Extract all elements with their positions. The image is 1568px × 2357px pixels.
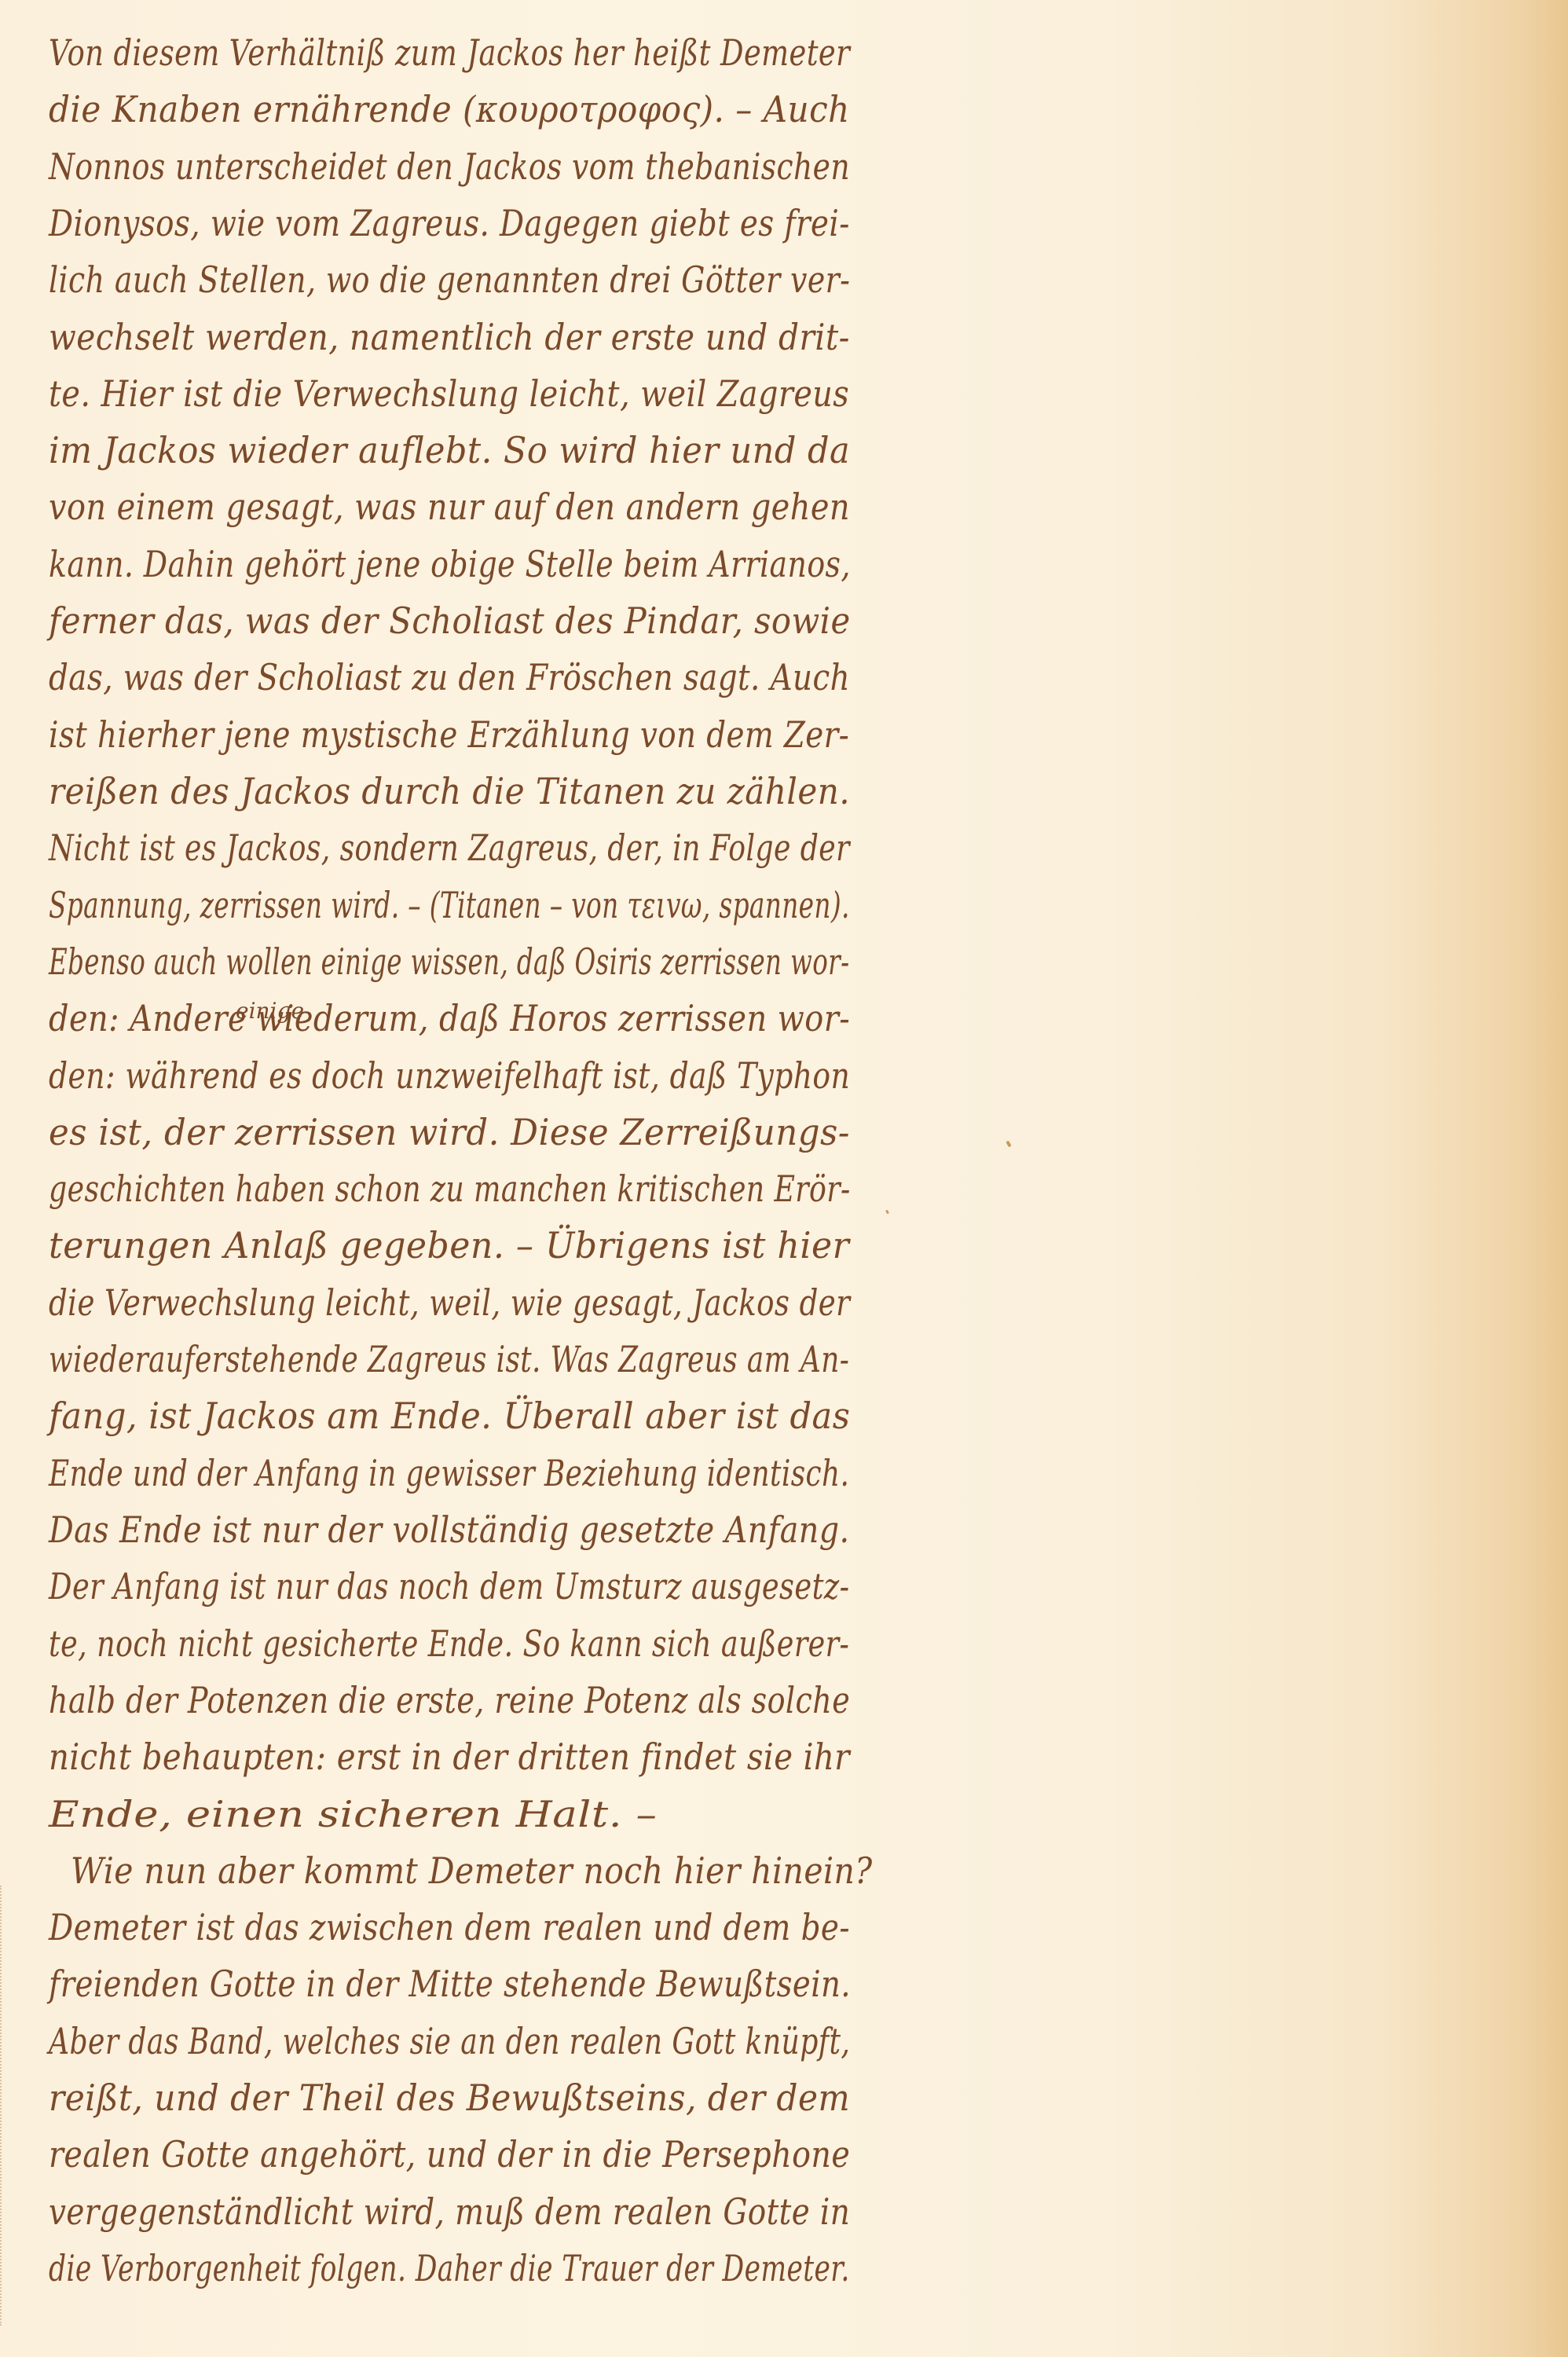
interlinear-insertion: einige [236,998,304,1024]
paper-speck [885,1210,889,1215]
manuscript-line: vergegenständlicht wird, muß dem realen … [49,2190,850,2233]
manuscript-line: Nicht ist es Jackos, sondern Zagreus, de… [49,827,850,869]
manuscript-line: Nonnos unterscheidet den Jackos vom theb… [49,145,850,188]
manuscript-line: geschichten haben schon zu manchen kriti… [49,1168,851,1210]
manuscript-line: Wie nun aber kommt Demeter noch hier hin… [71,1849,873,1892]
manuscript-line: wiederauferstehende Zagreus ist. Was Zag… [49,1338,849,1380]
manuscript-line: den: während es doch unzweifelhaft ist, … [49,1054,850,1097]
manuscript-line: realen Gotte angehört, und der in die Pe… [49,2133,850,2176]
manuscript-line: Das Ende ist nur der vollständig gesetzt… [49,1508,850,1551]
manuscript-line: die Knaben ernährende (κουροτροφος). – A… [49,88,850,130]
adjacent-page-edge [0,1886,9,2326]
manuscript-line: die Verwechslung leicht, weil, wie gesag… [49,1281,850,1324]
manuscript-line: Aber das Band, welches sie an den realen… [49,2020,850,2062]
manuscript-line: von einem gesagt, was nur auf den andern… [49,486,850,528]
manuscript-line: Der Anfang ist nur das noch dem Umsturz … [49,1565,849,1607]
manuscript-line: Von diesem Verhältniß zum Jackos her hei… [49,31,850,74]
manuscript-line: den: Andere wiederum, daß Horos zerrisse… [49,997,850,1039]
manuscript-line: reißt, und der Theil des Bewußtseins, de… [49,2077,850,2119]
manuscript-line: Ende und der Anfang in gewisser Beziehun… [49,1452,849,1494]
manuscript-line: reißen des Jackos durch die Titanen zu z… [49,770,850,812]
manuscript-line: ferner das, was der Scholiast des Pindar… [49,599,851,642]
manuscript-line: Ende, einen sicheren Halt. – [49,1793,658,1835]
manuscript-line: ist hierher jene mystische Erzählung von… [49,713,849,756]
manuscript-line: halb der Potenzen die erste, reine Poten… [49,1679,850,1721]
manuscript-line: te, noch nicht gesicherte Ende. So kann … [49,1622,849,1665]
manuscript-line: Demeter ist das zwischen dem realen und … [49,1906,850,1948]
manuscript-line: das, was der Scholiast zu den Fröschen s… [49,656,850,698]
manuscript-line: die Verborgenheit folgen. Daher die Trau… [49,2247,850,2289]
manuscript-line: nicht behaupten: erst in der dritten fin… [49,1736,850,1778]
manuscript-line: fang, ist Jackos am Ende. Überall aber i… [49,1395,850,1437]
manuscript-line: freienden Gotte in der Mitte stehende Be… [49,1963,851,2005]
manuscript-line: wechselt werden, namentlich der erste un… [49,316,850,358]
manuscript-line: Spannung, zerrissen wird. – (Titanen – v… [49,884,850,926]
manuscript-line: Ebenso auch wollen einige wissen, daß Os… [49,940,849,983]
manuscript-line: kann. Dahin gehört jene obige Stelle bei… [49,543,851,585]
manuscript-line: te. Hier ist die Verwechslung leicht, we… [49,372,849,415]
manuscript-line: lich auch Stellen, wo die genannten drei… [49,258,850,301]
manuscript-line: Dionysos, wie vom Zagreus. Dagegen giebt… [49,202,850,244]
manuscript-page: Von diesem Verhältniß zum Jackos her hei… [0,0,1568,2357]
manuscript-line: es ist, der zerrissen wird. Diese Zerrei… [49,1111,850,1153]
paper-speck [1006,1141,1011,1148]
manuscript-line: im Jackos wieder auflebt. So wird hier u… [49,429,850,471]
manuscript-line: terungen Anlaß gegeben. – Übrigens ist h… [49,1224,849,1266]
